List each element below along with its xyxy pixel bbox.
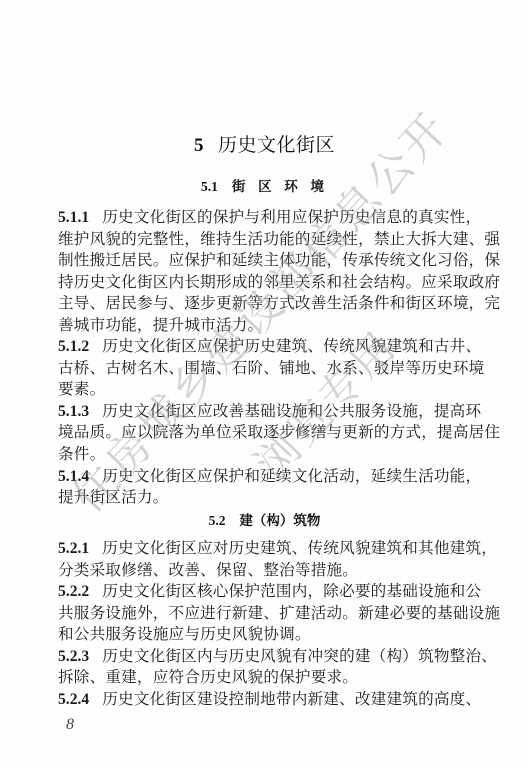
clause-5-2-2: 5.2.2历史文化街区核心保护范围内，除必要的基础设施和公 [58,581,452,603]
chapter-number: 5 [194,135,204,156]
clause-line: 维护风貌的完整性，维持生活功能的延续性，禁止大拆大建、强 [58,229,452,251]
clause-line: 善城市功能，提升城市活力。 [58,315,452,337]
page-number: 8 [66,716,74,734]
clause-5-1-3: 5.1.3历史文化街区应改善基础设施和公共服务设施，提高环 [58,401,452,423]
chapter-title: 5历史文化街区 [0,131,529,160]
section-heading-5-1: 5.1街 区 环 境 [0,177,529,197]
clause-text: 历史文化街区的保护与利用应保护历史信息的真实性， [102,208,481,226]
clause-line: 境品质。应以院落为单位采取逐步修缮与更新的方式，提高居住 [58,422,452,444]
section-title-text: 建（构）筑物 [239,513,320,529]
clause-5-1-2: 5.1.2历史文化街区应保护历史建筑、传统风貌建筑和古井、 [58,336,452,358]
clause-number: 5.2.4 [58,691,89,708]
clause-line: 共服务设施外，不应进行新建、扩建活动。新建必要的基础设施 [58,603,452,625]
clause-line: 分类采取修缮、改善、保留、整治等措施。 [58,560,452,582]
clause-number: 5.1.3 [58,403,89,420]
clause-line: 持历史文化街区内长期形成的邻里关系和社会结构。应采取政府 [58,272,452,294]
clause-line: 条件。 [58,444,452,466]
section-5-2-body: 5.2.1历史文化街区应对历史建筑、传统风貌建筑和其他建筑， 分类采取修缮、改善… [58,538,452,710]
section-number: 5.1 [201,179,218,194]
clause-number: 5.2.1 [58,540,89,557]
clause-line: 拆除、重建，应符合历史风貌的保护要求。 [58,667,452,689]
clause-5-2-3: 5.2.3历史文化街区内与历史风貌有冲突的建（构）筑物整治、 [58,646,452,668]
clause-text: 历史文化街区应对历史建筑、传统风貌建筑和其他建筑， [102,539,497,557]
clause-5-2-4: 5.2.4历史文化街区建设控制地带内新建、改建建筑的高度、 [58,689,452,711]
clause-line: 主导、居民参与、逐步更新等方式改善生活条件和街区环境，完 [58,293,452,315]
section-heading-5-2: 5.2建（构）筑物 [0,511,529,531]
clause-text: 历史文化街区内与历史风貌有冲突的建（构）筑物整治、 [102,647,497,665]
clause-number: 5.2.2 [58,583,89,600]
clause-text: 历史文化街区核心保护范围内，除必要的基础设施和公 [102,582,481,600]
chapter-title-text: 历史文化街区 [218,134,335,156]
clause-line: 要素。 [58,379,452,401]
clause-5-2-1: 5.2.1历史文化街区应对历史建筑、传统风貌建筑和其他建筑， [58,538,452,560]
clause-line: 提升街区活力。 [58,487,452,509]
clause-number: 5.1.2 [58,338,89,355]
clause-text: 历史文化街区建设控制地带内新建、改建建筑的高度、 [102,690,481,708]
clause-number: 5.1.1 [58,209,89,226]
clause-line: 古桥、古树名木、围墙、石阶、铺地、水系、驳岸等历史环境 [58,358,452,380]
clause-text: 历史文化街区应保护历史建筑、传统风貌建筑和古井、 [102,337,481,355]
document-page: 5历史文化街区 5.1街 区 环 境 5.1.1历史文化街区的保护与利用应保护历… [0,0,529,767]
clause-number: 5.2.3 [58,648,89,665]
clause-5-1-1: 5.1.1历史文化街区的保护与利用应保护历史信息的真实性， [58,207,452,229]
section-number: 5.2 [209,513,226,528]
clause-text: 历史文化街区应改善基础设施和公共服务设施，提高环 [102,402,481,420]
section-5-1-body: 5.1.1历史文化街区的保护与利用应保护历史信息的真实性， 维护风貌的完整性，维… [58,207,452,509]
clause-line: 制性搬迁居民。应保护和延续主体功能，传承传统文化习俗，保 [58,250,452,272]
clause-number: 5.1.4 [58,468,89,485]
clause-line: 和公共服务设施应与历史风貌协调。 [58,624,452,646]
clause-text: 历史文化街区应保护和延续文化活动，延续生活功能， [102,467,481,485]
clause-5-1-4: 5.1.4历史文化街区应保护和延续文化活动，延续生活功能， [58,466,452,488]
section-title-text: 街 区 环 境 [232,179,328,195]
